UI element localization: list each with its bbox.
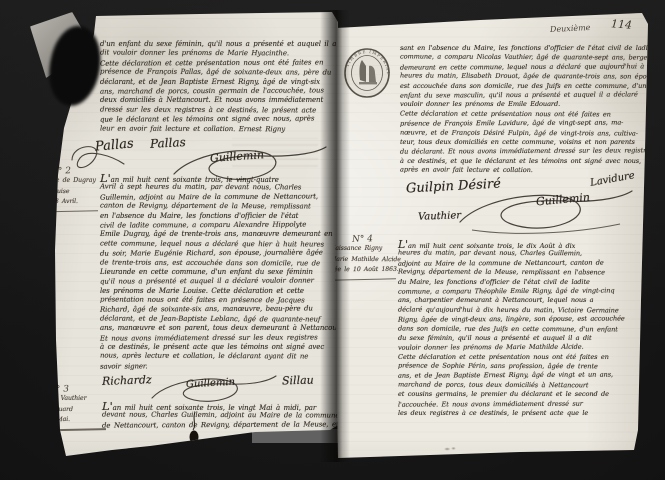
manuscript-line: déclarant, et de Jean-Baptiste Leblanc, … xyxy=(100,314,332,324)
margin-rule xyxy=(330,278,396,280)
manuscript-line: nœuvre, et de François Désiré Fulpin, âg… xyxy=(400,128,642,138)
act-number: N° 2 xyxy=(50,165,104,177)
manuscript-line: et cousins germains, le premier du décla… xyxy=(398,390,642,399)
manuscript-line: de Nettancourt, canton de Revigny, dépar… xyxy=(102,420,334,431)
margin-line: Naissance Vauthier xyxy=(26,394,114,405)
manuscript-line: enfant du sexe masculin, qu'il nous a pr… xyxy=(400,90,642,101)
manuscript-line: présence de François Pallas, âgé de soix… xyxy=(100,68,332,78)
manuscript-line: en l'absence du Maire, les fonctions d'o… xyxy=(100,212,332,221)
margin-lines: Naissance VauthierEmile Edouardné le 20 … xyxy=(26,394,114,426)
manuscript-line: ans, manœuvre et son parent, tous deux d… xyxy=(100,324,332,333)
manuscript-line: civil de ladite commune, a comparu Alexa… xyxy=(100,220,332,231)
manuscript-line: Rigny, âgée de vingt-deux ans, lingère, … xyxy=(398,314,642,325)
manuscript-line: marchand de porcs, tous deux domiciliés … xyxy=(398,380,642,390)
manuscript-line: présence de François Emile Lavidure, âgé… xyxy=(400,118,642,129)
revenue-stamp-icon: TIMBRE IMPERIAL xyxy=(342,46,392,100)
manuscript-line: déclarant, et de Jean Baptiste Ernest Ri… xyxy=(100,78,332,87)
document-scan: d'un enfant du sexe féminin, qu'il nous … xyxy=(0,0,665,480)
manuscript-line: les deux registres à ce destinés, le pré… xyxy=(398,409,642,418)
manuscript-line: Et nous avons immédiatement dressé sur l… xyxy=(100,333,332,344)
signature-vauthier: Vauthier xyxy=(418,210,461,222)
manuscript-line: de trente-trois ans, est accouchée dans … xyxy=(100,258,332,268)
manuscript-line: du déclarant. Et nous avons immédiatemen… xyxy=(400,147,642,158)
manuscript-line: l'accouchée. Et nous avons immédiatement… xyxy=(398,399,642,410)
margin-lines: Naissance RignyMarie Mathilde Alcidenée … xyxy=(330,244,404,276)
manuscript-line: du Maire, les fonctions d'officier de l'… xyxy=(398,278,642,287)
manuscript-line: Emile Dugray, âgé de trente-trois ans, m… xyxy=(100,230,332,239)
margin-line: Marie Louise xyxy=(28,186,104,197)
page-number: 114 xyxy=(611,17,633,31)
act-3-margin-note: N° 3 Naissance VauthierEmile Edouardné l… xyxy=(26,384,114,431)
ink-blot xyxy=(183,410,207,446)
manuscript-line: leur en avoir fait lecture et collation.… xyxy=(100,124,332,134)
bleed-through xyxy=(232,138,318,172)
act-3-text-start: L'an mil huit cent soixante trois, le vi… xyxy=(102,402,334,430)
manuscript-line: commune, a comparu Théophile Emile Rigny… xyxy=(398,286,642,297)
margin-line: Emile Edouard xyxy=(26,404,114,415)
manuscript-line: heures du matin, Elisabeth Drouot, âgée … xyxy=(400,72,642,82)
manuscript-line: qu'il nous a présenté et auquel il a déc… xyxy=(100,277,332,288)
manuscript-line: vouloir donner les prénoms de Emile Edou… xyxy=(400,100,642,109)
margin-line: Naissance de Dugray xyxy=(28,176,104,187)
act-number: N° 4 xyxy=(352,233,404,245)
act-2-margin-note: N° 2 Naissance de DugrayMarie Louisenée … xyxy=(28,166,104,212)
margin-line: Naissance Rigny xyxy=(330,244,404,255)
act-4-text: L'an mil huit cent soixante trois, le di… xyxy=(398,240,642,418)
manuscript-line: canton de Revigny, département de la Meu… xyxy=(100,202,332,212)
act-4-margin-note: N° 4 Naissance RignyMarie Mathilde Alcid… xyxy=(330,234,404,280)
manuscript-line: que le déclarant et les témoins ont sign… xyxy=(100,115,332,126)
margin-line: née le 10 Août 1863. xyxy=(330,265,404,276)
ink-smudge xyxy=(443,446,457,452)
manuscript-line: est accouchée dans son domicile, rue des… xyxy=(400,82,642,91)
manuscript-line: dans son domicile, rue des Juifs en cett… xyxy=(398,324,642,334)
margin-rule xyxy=(28,210,98,212)
margin-line: née le 23 Avril. xyxy=(28,197,104,208)
manuscript-line: Revigny, département de la Meuse, rempli… xyxy=(398,268,642,278)
margin-line: Marie Mathilde Alcide xyxy=(330,254,404,265)
series-label: Deuxième xyxy=(550,23,591,34)
manuscript-line: vouloir donner les prénoms de Marie Math… xyxy=(398,343,642,354)
signature-sillau: Sillau xyxy=(282,373,314,387)
act-3-text-continuation: sant en l'absence du Maire, les fonction… xyxy=(400,44,642,175)
margin-rule xyxy=(26,428,106,432)
manuscript-line: ans, charpentier demeurant à Nettancourt… xyxy=(398,296,642,305)
manuscript-line: ans, marchand de porcs, cousin germain d… xyxy=(100,86,332,97)
margin-lines: Naissance de DugrayMarie Louisenée le 23… xyxy=(28,176,104,208)
manuscript-line: deux domiciliés à Nettancourt. Et nous a… xyxy=(100,96,332,105)
act-1-text: d'un enfant du sexe féminin, qu'il nous … xyxy=(100,40,332,134)
act-2-text: L'an mil huit cent soixante trois, le vi… xyxy=(100,174,332,371)
manuscript-line: du soir, Marie Eugénie Richard, son épou… xyxy=(100,249,332,260)
signature-pallas-1: Pallas xyxy=(94,136,134,154)
manuscript-line: savoir signer. xyxy=(100,361,332,372)
margin-line: né le 20 Mai. xyxy=(26,415,114,426)
